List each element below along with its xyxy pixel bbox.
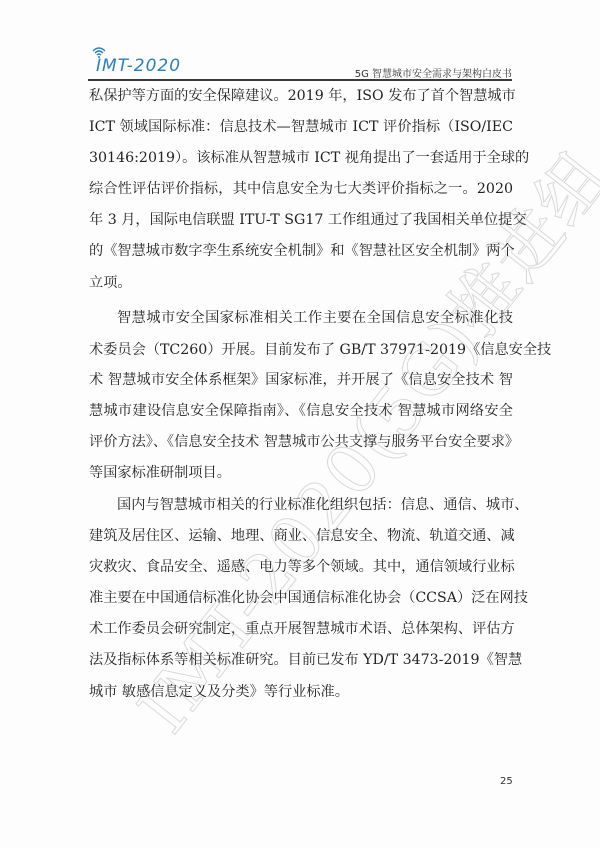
text-line: 慧城市建设信息安全保障指南》、《信息安全技术 智慧城市网络安全 [89, 401, 513, 421]
document-title: 5G 智慧城市安全需求与架构白皮书 [355, 65, 512, 80]
text-line: 30146:2019）。该标准从智慧城市 ICT 视角提出了一套适用于全球的 [89, 148, 513, 168]
page-number: 25 [500, 776, 513, 787]
text-line: 术 智慧城市安全体系框架》国家标准，并开展了《信息安全技术 智 [89, 370, 513, 390]
text-line: 术委员会（TC260）开展。目前发布了 GB/T 37971-2019《信息安全… [89, 340, 513, 360]
text-line: 建筑及居住区、运输、地理、商业、信息安全、物流、轨道交通、减 [89, 526, 513, 546]
text-line: 年 3 月，国际电信联盟 ITU-T SG17 工作组通过了我国相关单位提交 [89, 210, 513, 230]
header-divider [88, 79, 512, 81]
text-line: 国内与智慧城市相关的行业标准化组织包括：信息、通信、城市、 [117, 495, 513, 515]
document-page: IMT-2020 5G 智慧城市安全需求与架构白皮书 私保护等方面的安全保障建议… [0, 0, 600, 848]
text-line: 等国家标准研制项目。 [89, 463, 513, 483]
text-line: 法及指标体系等相关标准研究。目前已发布 YD/T 3473-2019《智慧 [89, 650, 513, 670]
text-line: 智慧城市安全国家标准相关工作主要在全国信息安全标准化技 [117, 308, 513, 328]
text-line: ICT 领域国际标准：信息技术—智慧城市 ICT 评价指标（ISO/IEC [89, 117, 513, 137]
text-line: 城市 敏感信息定义及分类》等行业标准。 [89, 682, 513, 702]
imt-2020-logo: IMT-2020 [88, 46, 178, 76]
text-line: 评价方法》、《信息安全技术 智慧城市公共支撑与服务平台安全要求》 [89, 432, 513, 452]
text-line: 私保护等方面的安全保障建议。2019 年，ISO 发布了首个智慧城市 [89, 86, 513, 106]
text-line: 综合性评估评价指标，其中信息安全为七大类评价指标之一。2020 [89, 179, 513, 199]
logo-text: IMT-2020 [96, 56, 181, 76]
text-line: 术工作委员会研究制定，重点开展智慧城市术语、总体架构、评估方 [89, 619, 513, 639]
text-line: 准主要在中国通信标准化协会中国通信标准化协会（CCSA）泛在网技 [89, 588, 513, 608]
text-line: 灾救灾、食品安全、遥感、电力等多个领域。其中，通信领域行业标 [89, 557, 513, 577]
text-line: 的《智慧城市数字孪生系统安全机制》和《智慧社区安全机制》两个 [89, 241, 513, 261]
text-line: 立项。 [89, 273, 513, 293]
